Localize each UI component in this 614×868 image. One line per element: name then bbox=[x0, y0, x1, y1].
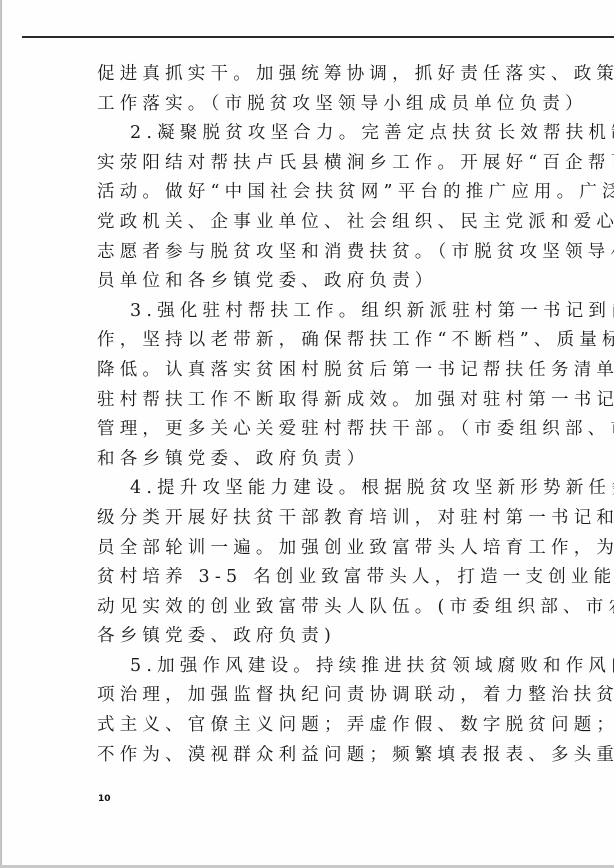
section-heading-4: 4.提升攻坚能力建设。根据脱贫攻坚新形势新任务，分 bbox=[97, 474, 537, 504]
text-line: 员单位和各乡镇党委、政府负责） bbox=[97, 267, 537, 297]
text-line: 实荥阳结对帮扶卢氏县横涧乡工作。开展好“百企帮百村” bbox=[97, 149, 537, 179]
text-line: 和各乡镇党委、政府负责） bbox=[97, 445, 537, 475]
text-line: 降低。认真落实贫困村脱贫后第一书记帮扶任务清单，推动 bbox=[97, 356, 537, 386]
text-line: 员全部轮训一遍。加强创业致富带头人培育工作，为每个脱 bbox=[97, 534, 537, 564]
header-rule bbox=[22, 36, 614, 38]
section-heading-3: 3.强化驻村帮扶工作。组织新派驻村第一书记到岗工 bbox=[97, 297, 537, 327]
text-line: 动见实效的创业致富带头人队伍。(市委组织部、市农委和 bbox=[97, 593, 537, 623]
text-line: 促进真抓实干。加强统筹协调，抓好责任落实、政策落实、 bbox=[97, 60, 537, 90]
text-line: 项治理，加强监督执纪问责协调联动，着力整治扶贫领域形 bbox=[97, 681, 537, 711]
text-line: 级分类开展好扶贫干部教育培训，对驻村第一书记和驻村队 bbox=[97, 504, 537, 534]
section-heading-5: 5.加强作风建设。持续推进扶贫领域腐败和作风问题专 bbox=[97, 652, 537, 682]
section-heading-2: 2.凝聚脱贫攻坚合力。完善定点扶贫长效帮扶机制，做 bbox=[97, 119, 537, 149]
text-line: 党政机关、企事业单位、社会组织、民主党派和爱心人士、 bbox=[97, 208, 537, 238]
text-line: 志愿者参与脱贫攻坚和消费扶贫。（市脱贫攻坚领导小组成 bbox=[97, 238, 537, 268]
text-line: 作，坚持以老带新，确保帮扶工作“不断档”、质量标准不 bbox=[97, 326, 537, 356]
page-number: 10 bbox=[98, 794, 111, 804]
text-line: 贫村培养 3-5 名创业致富带头人，打造一支创业能成功、带 bbox=[97, 563, 537, 593]
text-line: 工作落实。（市脱贫攻坚领导小组成员单位负责） bbox=[97, 90, 537, 120]
text-line: 不作为、漠视群众利益问题；频繁填表报表、多头重复考核、 bbox=[97, 741, 537, 771]
text-line: 各乡镇党委、政府负责) bbox=[97, 622, 537, 652]
text-line: 驻村帮扶工作不断取得新成效。加强对驻村第一书记的服务 bbox=[97, 386, 537, 416]
text-line: 式主义、官僚主义问题；弄虚作假、数字脱贫问题；不担当 bbox=[97, 711, 537, 741]
document-page: 促进真抓实干。加强统筹协调，抓好责任落实、政策落实、 工作落实。（市脱贫攻坚领导… bbox=[1, 0, 614, 865]
body-text: 促进真抓实干。加强统筹协调，抓好责任落实、政策落实、 工作落实。（市脱贫攻坚领导… bbox=[97, 60, 537, 770]
text-line: 活动。做好“中国社会扶贫网”平台的推广应用。广泛动员 bbox=[97, 178, 537, 208]
text-line: 管理，更多关心关爱驻村帮扶干部。（市委组织部、市农委 bbox=[97, 415, 537, 445]
